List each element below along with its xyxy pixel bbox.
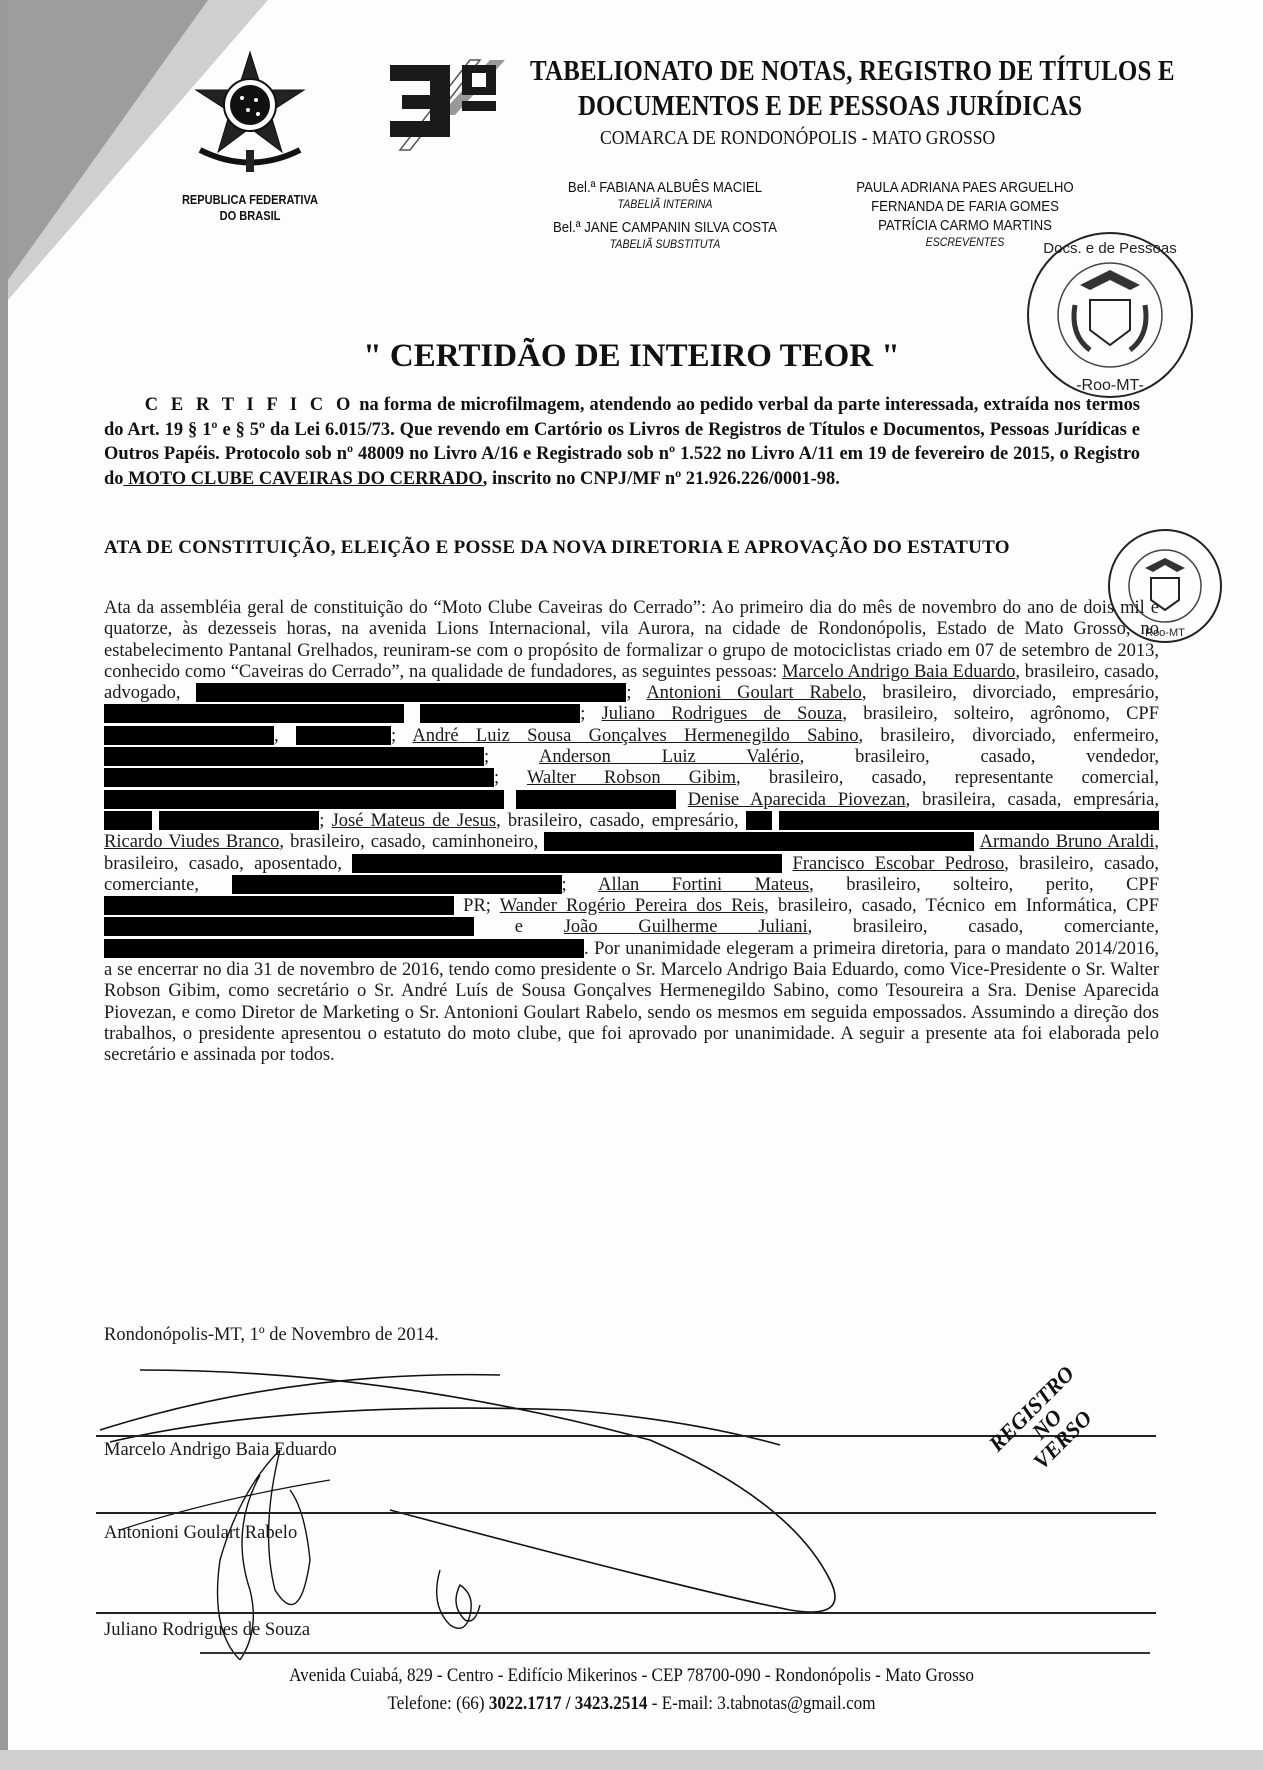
email: - E-mail: 3.tabnotas@gmail.com (647, 1693, 875, 1714)
founder-desc: , brasileiro, casado, representante come… (736, 768, 1159, 788)
phone-label: Telefone: (66) (387, 1693, 488, 1714)
comarca-label: COMARCA DE RONDONÓPOLIS - MATO GROSSO (600, 127, 995, 150)
signature-line (96, 1512, 1156, 1514)
ata-body: Ata da assembléia geral de constituição … (104, 598, 1159, 1067)
redaction-block (516, 790, 676, 809)
founder-name: Antonioni Goulart Rabelo (646, 683, 862, 703)
redaction-block (544, 832, 974, 851)
svg-text:-Roo-MT-: -Roo-MT- (1076, 377, 1144, 394)
founder-name: João Guilherme Juliani (564, 917, 808, 937)
staff-role: TABELIÃ SUBSTITUTA (529, 237, 802, 252)
signature-scribbles (90, 1330, 1190, 1660)
founder-desc: , brasileiro, solteiro, agrônomo, CPF (842, 704, 1159, 724)
registry-seal-icon: -Roo-MT- Docs. e de Pessoas (1020, 225, 1200, 405)
certifico-lead: C E R T I F I C O (145, 394, 355, 415)
founder-desc: , brasileiro, solteiro, perito, CPF (809, 875, 1159, 895)
republic-label: REPUBLICA FEDERATIVA DO BRASIL (174, 192, 327, 224)
redaction-block (104, 917, 474, 936)
third-office-logo-icon (380, 55, 520, 155)
redaction-block (746, 811, 772, 830)
founder-name: Wander Rogério Pereira dos Reis (500, 896, 764, 916)
redaction-block (104, 726, 274, 745)
founder-name: Anderson Luiz Valério (539, 747, 800, 767)
staff-role: TABELIÃ INTERINA (529, 197, 802, 212)
redaction-block (296, 726, 391, 745)
redaction-block (420, 704, 580, 723)
founder-name: Francisco Escobar Pedroso (793, 854, 1005, 874)
certificate-title: " CERTIDÃO DE INTEIRO TEOR " (0, 338, 1263, 375)
redaction-block (352, 854, 782, 873)
conjunction: e (474, 917, 564, 937)
phone-numbers: 3022.1717 / 3423.2514 (489, 1693, 648, 1714)
signature-juliano (430, 1565, 490, 1645)
founder-name: Armando Bruno Araldi (980, 832, 1155, 852)
founder-desc: , brasileiro, casado, vendedor, (800, 747, 1159, 767)
redaction-block (104, 747, 484, 766)
founder-desc: , brasileiro, casado, empresário, (496, 811, 746, 831)
founder-desc: , brasileiro, casado, caminhoneiro, (279, 832, 544, 852)
founder-name: Juliano Rodrigues de Souza (602, 704, 843, 724)
scan-bottom-edge (0, 1750, 1263, 1770)
founder-name: Walter Robson Gibim (527, 768, 736, 788)
footer-divider (200, 1652, 1150, 1654)
founder-name: Denise Aparecida Piovezan (688, 790, 906, 810)
founder-name: Allan Fortini Mateus (598, 875, 809, 895)
brazil-coat-of-arms-icon (190, 50, 310, 180)
staff-name: Bel.ª FABIANA ALBUÊS MACIEL (529, 178, 802, 197)
staff-name: PAULA ADRIANA PAES ARGUELHO (829, 178, 1102, 197)
staff-left: Bel.ª FABIANA ALBUÊS MACIEL TABELIÃ INTE… (529, 178, 802, 252)
signature-name: Juliano Rodrigues de Souza (104, 1620, 310, 1641)
footer-contact: Telefone: (66) 3022.1717 / 3423.2514 - E… (63, 1693, 1200, 1715)
founder-desc: , brasileiro, casado, Técnico em Informá… (764, 896, 1159, 916)
founder-name: Marcelo Andrigo Baia Eduardo (782, 662, 1015, 682)
ata-title: ATA DE CONSTITUIÇÃO, ELEIÇÃO E POSSE DA … (104, 535, 1104, 560)
staff-name: Bel.ª JANE CAMPANIN SILVA COSTA (529, 218, 802, 237)
document-page: REPUBLICA FEDERATIVA DO BRASIL TABELIONA… (0, 0, 1263, 1770)
redaction-block (104, 811, 152, 830)
redaction-block (159, 811, 319, 830)
signature-line (96, 1612, 1156, 1614)
founder-name: José Mateus de Jesus (332, 811, 496, 831)
registro-no-verso-stamp: REGISTRO NO VERSO (985, 1362, 1109, 1486)
republic-line-1: REPUBLICA FEDERATIVA (174, 192, 327, 208)
svg-text:Docs. e de Pessoas: Docs. e de Pessoas (1043, 240, 1176, 257)
redaction-block (104, 896, 454, 915)
founder-desc: , brasileiro, divorciado, empresário, (862, 683, 1159, 703)
office-title-line-2: DOCUMENTOS E DE PESSOAS JURÍDICAS (578, 90, 1094, 123)
founder-suffix: PR; (454, 896, 500, 916)
redaction-block (779, 811, 1159, 830)
scan-edge (0, 0, 8, 1770)
certificate-text-cnpj: , inscrito no CNPJ/MF nº 21.926.226/0001… (483, 468, 840, 489)
footer-address: Avenida Cuiabá, 829 - Centro - Edifício … (63, 1665, 1200, 1687)
republic-line-2: DO BRASIL (174, 208, 327, 224)
staff-name: FERNANDA DE FARIA GOMES (829, 197, 1102, 216)
certificate-body: C E R T I F I C O na forma de microfilma… (104, 393, 1140, 491)
signature-name: Antonioni Goulart Rabelo (104, 1523, 297, 1544)
redaction-block (232, 875, 562, 894)
redaction-block (104, 790, 504, 809)
redaction-block (104, 704, 404, 723)
redaction-block (196, 683, 626, 702)
entity-name: MOTO CLUBE CAVEIRAS DO CERRADO (123, 468, 482, 489)
founder-name: André Luiz Sousa Gonçalves Hermenegildo … (412, 726, 858, 746)
founder-name: Ricardo Viudes Branco (104, 832, 279, 852)
founder-desc: , brasileira, casada, empresária, (906, 790, 1159, 810)
founder-desc: , brasileiro, divorciado, enfermeiro, (858, 726, 1159, 746)
office-title-line-1: TABELIONATO DE NOTAS, REGISTRO DE TÍTULO… (530, 55, 1106, 88)
signature-name: Marcelo Andrigo Baia Eduardo (104, 1440, 337, 1461)
founder-desc: , brasileiro, casado, comerciante, (808, 917, 1159, 937)
redaction-block (104, 768, 494, 787)
place-date: Rondonópolis-MT, 1º de Novembro de 2014. (104, 1325, 439, 1346)
redaction-block (104, 939, 584, 958)
